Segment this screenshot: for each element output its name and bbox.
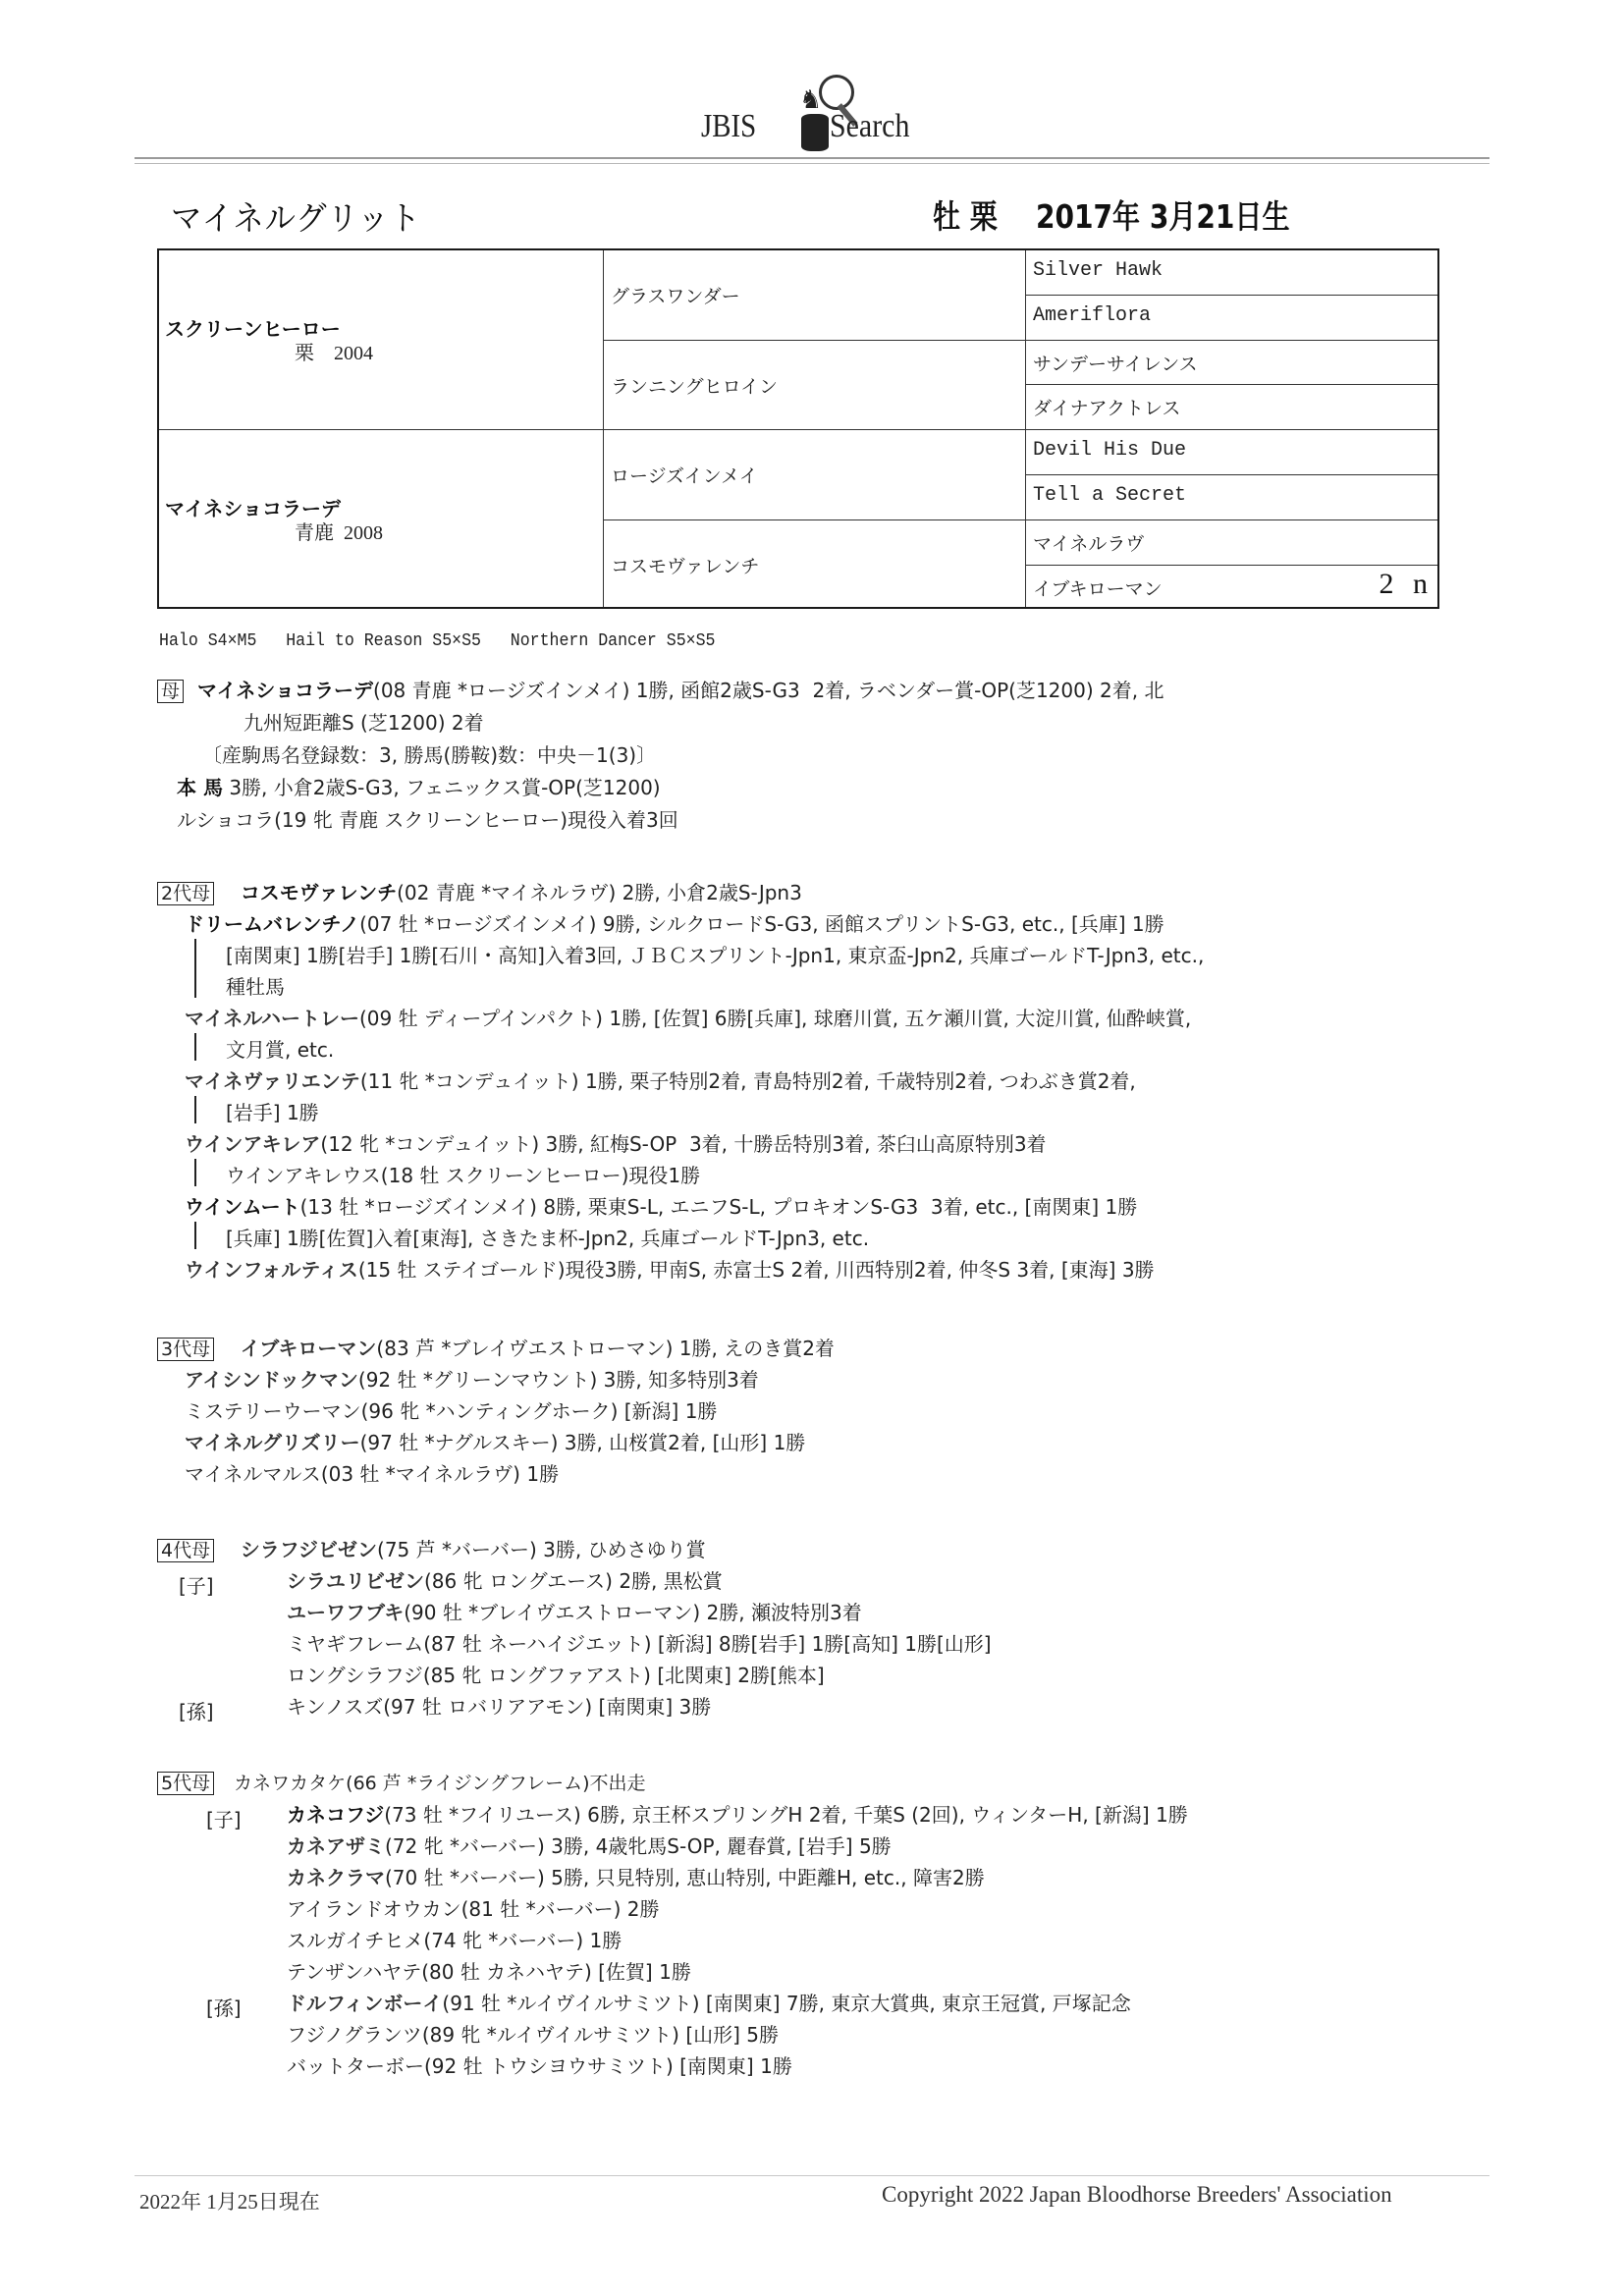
list-item: 母マイネショコラーデ(08 青鹿 *ロージズインメイ) 1勝, 函館2歳S-G3…: [157, 678, 1164, 703]
horse-name: マイネルグリット: [171, 191, 421, 240]
list-item-continuation: [兵庫] 1勝[佐賀]入着[東海], さきたま杯-Jpn2, 兵庫ゴールドT-J…: [226, 1226, 869, 1251]
list-item: 2代母 コスモヴァレンチ(02 青鹿 *マイネルラヴ) 2勝, 小倉2歳S-Jp…: [157, 880, 802, 905]
list-item: 3代母 イブキローマン(83 芦 *ブレイヴエストローマン) 1勝, えのき賞2…: [157, 1336, 835, 1361]
section-badge: 2代母: [157, 882, 214, 905]
footer-divider: [135, 2175, 1489, 2176]
pedigree-gen2-cell: コスモヴァレンチ: [603, 520, 1025, 611]
list-item: フジノグランツ(89 牝 *ルイヴイルサミツト) [山形] 5勝: [287, 2022, 779, 2048]
list-item-self: 本 馬 3勝, 小倉2歳S-G3, フェニックス賞-OP(芝1200): [177, 775, 661, 800]
list-item: ミヤギフレーム(87 牡 ネーハイジエット) [新潟] 8勝[岩手] 1勝[高知…: [287, 1631, 992, 1657]
list-item: ミステリーウーマン(96 牝 *ハンティングホーク) [新潟] 1勝: [185, 1398, 717, 1424]
continuation-bar: [194, 1222, 196, 1249]
list-item: バットターボー(92 牡 トウシヨウサミツト) [南関東] 1勝: [287, 2053, 792, 2079]
section-badge: 5代母: [157, 1772, 214, 1795]
list-item: テンザンハヤテ(80 牡 カネハヤテ) [佐賀] 1勝: [287, 1959, 691, 1985]
as-of-date: 2022年 1月25日現在: [139, 2186, 320, 2215]
list-item: マイネルマルス(03 牡 *マイネルラヴ) 1勝: [185, 1461, 559, 1487]
list-item: ユーワフブキ(90 牡 *ブレイヴエストローマン) 2勝, 瀬波特別3着: [287, 1600, 862, 1625]
pedigree-gen3-cell: ダイナアクトレス: [1025, 385, 1437, 430]
list-item-continuation: 種牡馬: [226, 974, 285, 1000]
horse-color: 栗: [970, 197, 998, 236]
list-item-continuation: 文月賞, etc.: [226, 1037, 334, 1063]
list-item-continuation: 九州短距離S (芝1200) 2着: [244, 710, 484, 736]
list-item: マイネルグリズリー(97 牡 *ナグルスキー) 3勝, 山桜賞2着, [山形] …: [185, 1430, 805, 1455]
list-item: ウインアキレア(12 牝 *コンデュイット) 3勝, 紅梅S-OP 3着, 十勝…: [185, 1131, 1047, 1157]
pedigree-table: スクリーンヒーロー 栗 2004 マイネショコラーデ 青鹿 2008 グラスワン…: [157, 248, 1439, 609]
horse-icon: ♞: [799, 86, 823, 114]
continuation-bar: [194, 1033, 196, 1061]
list-item: キンノスズ(97 牡 ロバリアアモン) [南関東] 3勝: [287, 1694, 711, 1720]
logo-text-search: Search: [830, 108, 909, 145]
pedigree-gen2-column: グラスワンダー ランニングヒロイン ロージズインメイ コスモヴァレンチ: [603, 250, 1026, 607]
pedigree-gen2-cell: ロージズインメイ: [603, 430, 1025, 520]
pedigree-gen3-cell: Ameriflora: [1025, 296, 1437, 341]
pedigree-gen3-cell: イブキローマン 2 n: [1025, 566, 1437, 611]
continuation-bar: [194, 939, 196, 998]
pedigree-gen3-cell: マイネルラヴ: [1025, 520, 1437, 566]
list-item: カネクラマ(70 牡 *バーバー) 5勝, 只見特別, 恵山特別, 中距離H, …: [287, 1865, 985, 1890]
list-item: アイシンドックマン(92 牡 *グリーンマウント) 3勝, 知多特別3着: [185, 1367, 759, 1393]
horse-sex: 牡: [933, 197, 960, 236]
list-item: ルショコラ(19 牝 青鹿 スクリーンヒーロー)現役入着3回: [177, 807, 678, 833]
pedigree-sire-cell: スクリーンヒーロー 栗 2004: [159, 250, 603, 430]
produce-summary: 〔産駒馬名登録数：3, 勝馬(勝鞍)数：中央－1(3)〕: [202, 742, 656, 768]
list-item-continuation: [岩手] 1勝: [226, 1100, 319, 1125]
family-number: 2 n: [1380, 568, 1435, 601]
continuation-bar: [194, 1096, 196, 1123]
list-item: マイネルハートレー(09 牡 ディープインパクト) 1勝, [佐賀] 6勝[兵庫…: [185, 1006, 1191, 1031]
magnifier-icon: [819, 75, 854, 110]
children-tag: [子]: [206, 1804, 242, 1832]
list-item: ドリームバレンチノ(07 牡 *ロージズインメイ) 9勝, シルクロードS-G3…: [185, 911, 1164, 937]
logo-text-jbis: JBIS: [701, 108, 756, 145]
list-item: スルガイチヒメ(74 牝 *バーバー) 1勝: [287, 1928, 622, 1953]
pedigree-gen3-column: Silver Hawk Ameriflora サンデーサイレンス ダイナアクトレ…: [1025, 250, 1437, 607]
list-item: ウインフォルティス(15 牡 ステイゴールド)現役3勝, 甲南S, 赤富士S 2…: [185, 1257, 1155, 1283]
pedigree-gen3-cell: Devil His Due: [1025, 430, 1437, 475]
pedigree-gen2-cell: ランニングヒロイン: [603, 341, 1025, 430]
section-badge: 3代母: [157, 1338, 214, 1361]
header-divider: [135, 157, 1489, 159]
grandchildren-tag: [孫]: [206, 1993, 242, 2021]
list-item: アイランドオウカン(81 牡 *バーバー) 2勝: [287, 1896, 659, 1922]
dam-info: 青鹿 2008: [295, 517, 383, 545]
can-icon: [801, 114, 829, 151]
jbis-search-logo: ♞ JBIS Search: [699, 24, 935, 151]
list-item: ロングシラフジ(85 牝 ロングファアスト) [北関東] 2勝[熊本]: [287, 1663, 825, 1688]
list-item: マイネヴァリエンテ(11 牝 *コンデュイット) 1勝, 栗子特別2着, 青島特…: [185, 1068, 1136, 1094]
list-item: 4代母 シラフジビゼン(75 芦 *バーバー) 3勝, ひめさゆり賞: [157, 1537, 706, 1562]
list-item: 5代母 カネワカタケ(66 芦 *ライジングフレーム)不出走: [157, 1771, 646, 1796]
section-badge: 4代母: [157, 1539, 214, 1562]
pedigree-gen2-cell: グラスワンダー: [603, 250, 1025, 341]
pedigree-gen3-cell: Silver Hawk: [1025, 250, 1437, 296]
section-badge: 母: [157, 680, 184, 703]
list-item: カネアザミ(72 牝 *バーバー) 3勝, 4歳牝馬S-OP, 麗春賞, [岩手…: [287, 1833, 892, 1859]
grandchildren-tag: [孫]: [179, 1696, 214, 1724]
horse-profile: 牡 栗 2017年 3月21日生: [933, 191, 1290, 238]
list-item-offspring: ウインアキレウス(18 牡 スクリーンヒーロー)現役1勝: [226, 1163, 700, 1188]
sire-info: 栗 2004: [295, 337, 373, 365]
continuation-bar: [194, 1159, 196, 1186]
inbreeding-summary: Halo S4×M5 Hail to Reason S5×S5 Northern…: [159, 631, 715, 651]
horse-birthdate: 2017年 3月21日生: [1036, 197, 1290, 236]
list-item: カネコフジ(73 牡 *フイリユース) 6勝, 京王杯スプリングH 2着, 千葉…: [287, 1802, 1188, 1828]
copyright: Copyright 2022 Japan Bloodhorse Breeders…: [882, 2182, 1392, 2208]
header-divider-thin: [135, 163, 1489, 164]
list-item: ウインムート(13 牡 *ロージズインメイ) 8勝, 栗東S-L, エニフS-L…: [185, 1194, 1137, 1220]
children-tag: [子]: [179, 1570, 214, 1599]
list-item: シラユリビゼン(86 牝 ロングエース) 2勝, 黒松賞: [287, 1568, 723, 1594]
pedigree-gen1-column: スクリーンヒーロー 栗 2004 マイネショコラーデ 青鹿 2008: [159, 250, 604, 607]
pedigree-gen3-cell: Tell a Secret: [1025, 475, 1437, 520]
pedigree-dam-cell: マイネショコラーデ 青鹿 2008: [159, 430, 603, 611]
list-item-continuation: [南関東] 1勝[岩手] 1勝[石川・高知]入着3回, ＪＢＣスプリント-Jpn…: [226, 943, 1204, 968]
pedigree-gen3-cell: サンデーサイレンス: [1025, 341, 1437, 385]
list-item: ドルフィンボーイ(91 牡 *ルイヴイルサミツト) [南関東] 7勝, 東京大賞…: [287, 1991, 1131, 2016]
